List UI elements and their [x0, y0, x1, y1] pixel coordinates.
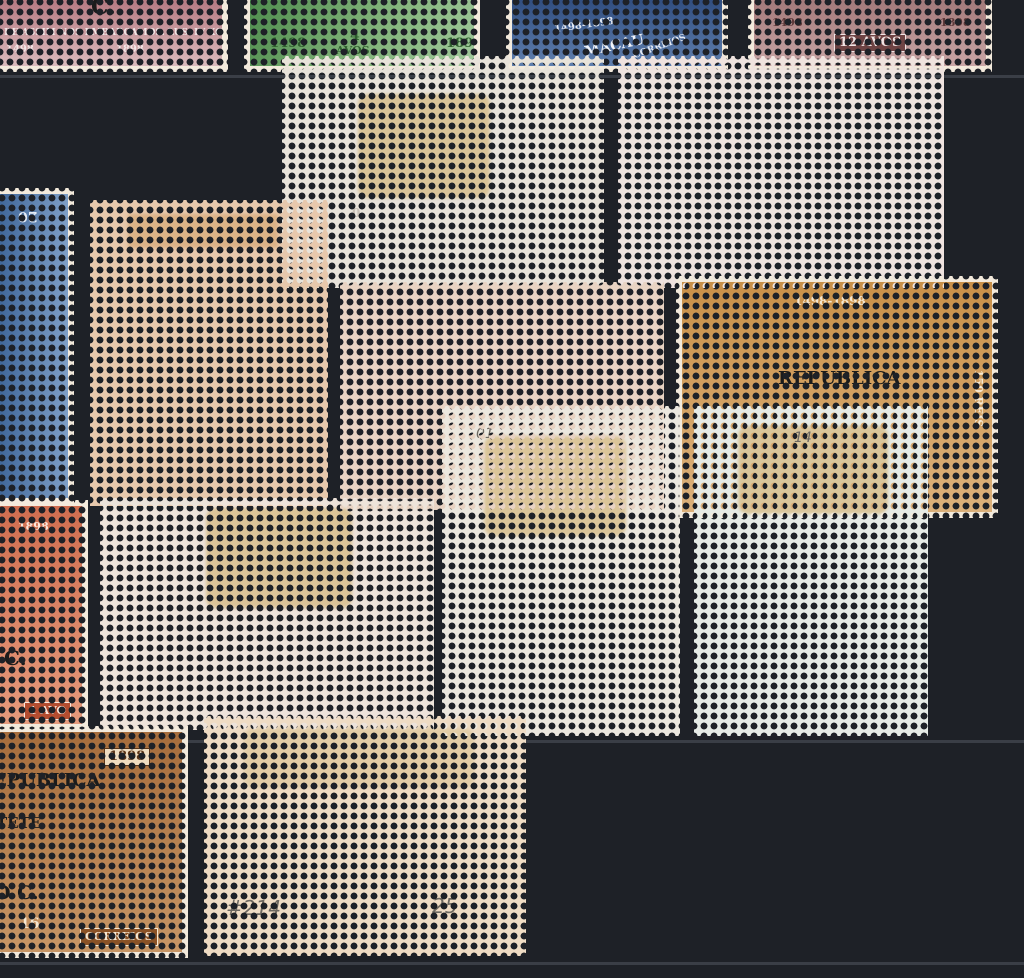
stamp-year-left: 1498 — [270, 36, 306, 51]
stamp-year-right: 1898 — [940, 16, 971, 29]
stamp-year-left: 1498 — [772, 16, 803, 29]
overprint: REPUBLICA — [0, 770, 101, 791]
stamp-value: 4 — [350, 28, 360, 44]
overprint: REPUBLICA — [778, 368, 901, 389]
stamp-year-left: 1498 — [6, 44, 34, 55]
stamp-value: 20 — [18, 208, 37, 224]
stamp-value: 150 REIS — [972, 370, 985, 427]
pencil-note: 01 — [476, 426, 494, 442]
stamp-back — [90, 200, 328, 506]
stamp-back: #214 25 — [204, 716, 526, 956]
show-through-text: · · · — [708, 138, 734, 152]
overprint: C. — [91, 0, 116, 20]
stamp-back: 01 — [442, 406, 680, 736]
stamp-back: · · · — [618, 56, 944, 288]
stamp-correios: CORREIOS — [80, 928, 158, 946]
stamp-left-blue: 20 — [0, 188, 74, 504]
hinge-mark — [206, 508, 352, 608]
stamp-years: 1498-1898 — [794, 294, 866, 308]
stamp-year: 1898 — [104, 748, 150, 766]
hinge-mark — [738, 426, 888, 514]
overprint: O C. — [0, 882, 39, 904]
stamp-year: 1898 — [18, 520, 49, 533]
stamp-left-red: 1898 1 AVO C. — [0, 500, 88, 730]
pencil-price: 25 — [432, 894, 457, 918]
stamp-value: 12 AVOS — [834, 34, 906, 52]
overprint: TETE — [0, 814, 41, 832]
stamp-value: 1 AVO — [24, 702, 71, 720]
pencil-note: 14 — [794, 430, 812, 446]
stock-strip — [0, 962, 1024, 965]
stamp-back: 14 — [694, 406, 928, 736]
pencil-catalog-number: #214 — [226, 896, 281, 920]
stamp-top-left: DE ASSIM NOS EMBARCAMOS. LUS. IV XCIII 1… — [0, 0, 228, 72]
stamp-back: 0 — [282, 56, 604, 288]
hinge-mark — [484, 436, 626, 536]
hinge-mark — [128, 214, 278, 248]
show-through-text: 0 — [352, 206, 361, 220]
hinge-mark — [358, 94, 490, 198]
stamp-bottom-brown: 1898 REPUBLICA TETE O C. 16 CORREIOS — [0, 726, 188, 958]
stamp-back — [100, 498, 434, 730]
stamp-value: 16 — [20, 916, 39, 932]
hinge-mark — [244, 728, 474, 788]
overprint: C. — [4, 646, 27, 670]
stamp-year-right: 1898 — [446, 36, 480, 51]
stamp-year-right: 1898 — [116, 44, 144, 55]
stamp-inscription: DE ASSIM NOS EMBARCAMOS. LUS. IV XCIII — [4, 28, 228, 38]
